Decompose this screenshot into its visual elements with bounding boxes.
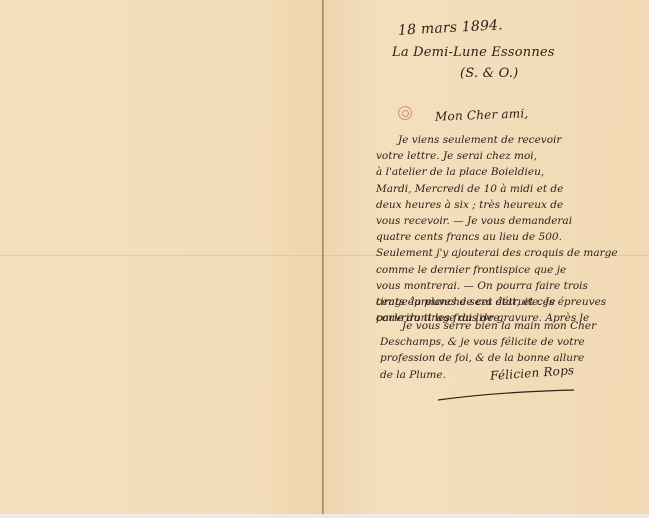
closing-line: Deschamps, & je vous félicite de votre	[380, 334, 640, 350]
closing-line: Je vous serre bien la main mon Cher	[380, 318, 640, 334]
page-fold-gutter	[322, 0, 324, 514]
body-line: votre lettre. Je serai chez moi,	[376, 148, 638, 164]
body-line: vous montrerai. — On pourra faire trois	[376, 278, 638, 294]
closing-line: profession de foi, & de la bonne allure	[380, 350, 640, 366]
letter-spread: 18 mars 1894. La Demi-Lune Essonnes (S. …	[0, 0, 649, 514]
signature-flourish-icon	[436, 388, 576, 402]
body-line: Je viens seulement de recevoir	[376, 132, 638, 148]
body-line: deux heures à six ; très heureux de	[376, 197, 638, 213]
collection-stamp-icon	[398, 106, 412, 120]
left-page-blank	[0, 0, 322, 514]
body-line: quatre cents francs au lieu de 500.	[376, 229, 638, 245]
body-line: tirage la planche sera détruite. Je	[376, 294, 638, 310]
body-line: Seulement j'y ajouterai des croquis de m…	[376, 245, 638, 261]
body-line: à l'atelier de la place Boieldieu,	[376, 164, 638, 180]
body-line: comme le dernier frontispice que je	[376, 262, 638, 278]
letter-place-region: (S. & O.)	[460, 66, 518, 81]
scan-bottom-edge	[0, 514, 649, 518]
letter-place: La Demi-Lune Essonnes	[392, 45, 555, 60]
body-line: vous recevoir. — Je vous demanderai	[376, 213, 638, 229]
body-line: Mardi, Mercredi de 10 à midi et de	[376, 181, 638, 197]
